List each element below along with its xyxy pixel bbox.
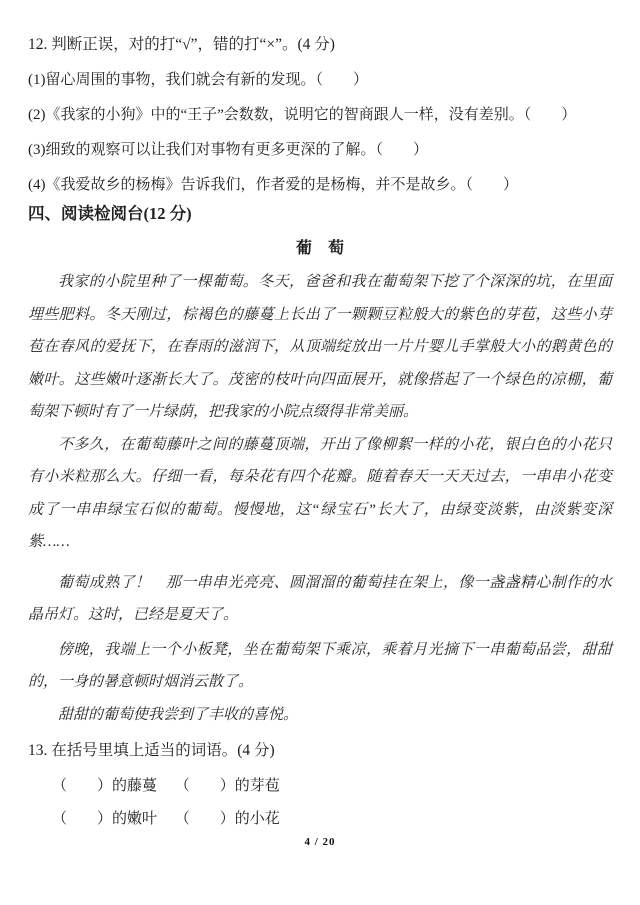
question-13-title: 13. 在括号里填上适当的词语。(4 分) [28,740,612,762]
fill-blank-phrase-tengwan: （ ）的藤蔓 [52,778,157,794]
passage-paragraph-4: 傍晚，我端上一个小板凳，坐在葡萄架下乘凉，乘着月光摘下一串葡萄品尝，甜甜的，一身… [28,634,612,699]
question-13-row-1: （ ）的藤蔓 （ ）的芽苞 [28,770,612,803]
question-12-item-1: (1)留心周围的事物，我们就会有新的发现。（ ） [28,69,612,91]
page-content: 12. 判断正误，对的打“√”，错的打“×”。(4 分) (1)留心周围的事物，… [0,0,640,836]
page-number: 4 / 20 [0,836,640,848]
fill-blank-phrase-nenye: （ ）的嫩叶 [52,811,157,827]
worksheet-page: 12. 判断正误，对的打“√”，错的打“×”。(4 分) (1)留心周围的事物，… [0,0,640,905]
passage-title: 葡 萄 [28,238,612,260]
passage-paragraph-2: 不多久，在葡萄藤叶之间的藤蔓顶端，开出了像柳絮一样的小花，银白色的小花只有小米粒… [28,429,612,559]
passage-paragraph-1: 我家的小院里种了一棵葡萄。冬天，爸爸和我在葡萄架下挖了个深深的坑，在里面埋些肥料… [28,266,612,429]
passage-paragraph-3: 葡萄成熟了！ 那一串串光亮亮、圆溜溜的葡萄挂在架上，像一盏盏精心制作的水晶吊灯。… [28,567,612,632]
section-heading-reading: 四、阅读检阅台(12 分) [28,202,612,226]
question-12-item-3: (3)细致的观察可以让我们对事物有更多更深的了解。（ ） [28,139,612,161]
fill-blank-phrase-yabao: （ ）的芽苞 [175,778,280,794]
passage-paragraph-5: 甜甜的葡萄使我尝到了丰收的喜悦。 [28,699,612,732]
question-12-title: 12. 判断正误，对的打“√”，错的打“×”。(4 分) [28,34,612,56]
question-12-item-2: (2)《我家的小狗》中的“王子”会数数，说明它的智商跟人一样，没有差别。（ ） [28,104,612,126]
question-13-row-2: （ ）的嫩叶 （ ）的小花 [28,803,612,836]
fill-blank-phrase-xiaohua: （ ）的小花 [175,811,280,827]
question-12-item-4: (4)《我爱故乡的杨梅》告诉我们，作者爱的是杨梅，并不是故乡。（ ） [28,174,612,196]
